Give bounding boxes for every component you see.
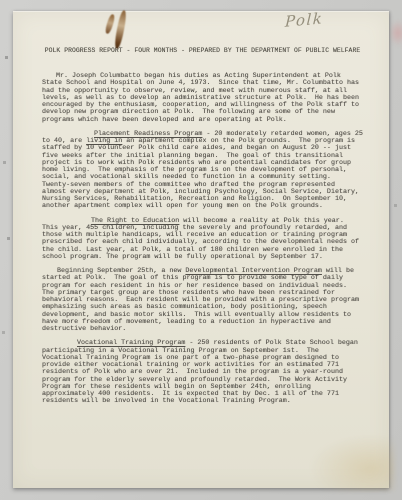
paragraph: Mr. Joseph Columbatto began his duties a… (42, 73, 363, 124)
document-body: Mr. Joseph Columbatto began his duties a… (42, 73, 363, 406)
paper-discoloration (311, 435, 395, 491)
pink-smudge (389, 20, 402, 46)
text-run: will become a reality at Polk this year.… (42, 217, 363, 261)
text-run: an apartment complex on the Polk grounds… (42, 137, 363, 210)
text-run: Mr. Joseph Columbatto began his duties a… (42, 72, 363, 124)
text-run: will be started at Polk. The goal of thi… (42, 267, 363, 333)
handwritten-annotation: Polk (285, 9, 324, 30)
document-page: Polk POLK PROGRESS REPORT - FOUR MONTHS … (13, 11, 389, 488)
paragraph: The Right to Education will become a rea… (42, 218, 363, 262)
paragraph: Vocational Training Program - 250 reside… (42, 340, 363, 405)
paragraph: Beginning September 25th, a new Developm… (42, 268, 363, 333)
document-content: POLK PROGRESS REPORT - FOUR MONTHS - PRE… (13, 11, 389, 406)
dust-specks (0, 0, 1, 1)
paragraph: Placement Readiness Program - 20 moderat… (42, 131, 363, 211)
document-title: POLK PROGRESS REPORT - FOUR MONTHS - PRE… (42, 47, 363, 54)
scan-background: Polk POLK PROGRESS REPORT - FOUR MONTHS … (0, 0, 402, 500)
text-run: - 250 residents of Polk State School beg… (42, 339, 362, 405)
